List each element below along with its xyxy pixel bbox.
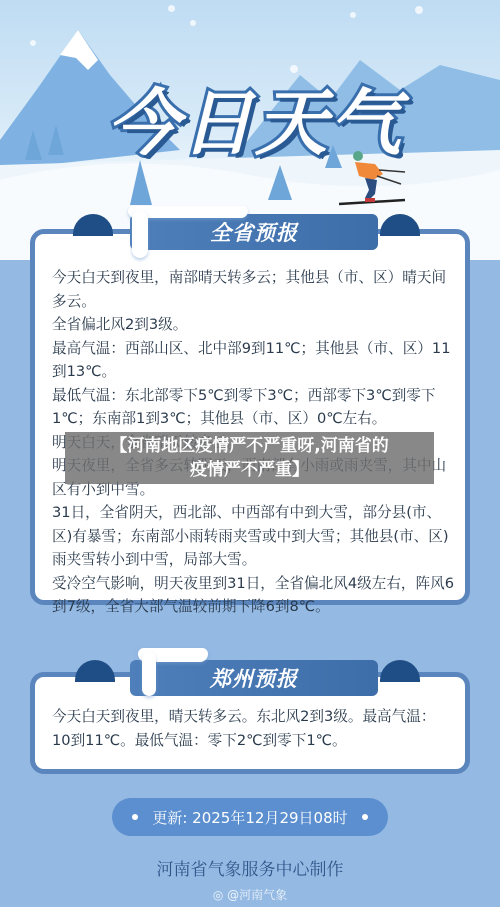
province-card-heading: 全省预报 [130,214,378,250]
update-time-pill: 更新: 2025年12月29日08时 [112,798,388,836]
caption-line: 疫情严不严重】 [190,458,309,482]
caption-overlay: 【河南地区疫情严不严重呀,河南省的 疫情严不严重】 [65,432,434,484]
snowflake-icon [350,12,356,18]
icicle-decoration [132,210,148,258]
forecast-paragraph: 最低气温：东北部零下5℃到零下3℃；西部零下3℃到零下1℃；东南部1到3℃；其他… [52,384,460,431]
forecast-paragraph: 受冷空气影响，明天夜里到31日，全省偏北风4级左右，阵风6到7级，全省大部气温较… [52,572,460,619]
update-time-label: 更新: 2025年12月29日08时 [152,807,347,828]
forecast-paragraph: 今天白天到夜里，南部晴天转多云；其他县（市、区）晴天间多云。 [52,266,460,313]
snowflake-icon [30,40,36,46]
caption-line: 【河南地区疫情严不严重呀,河南省的 [110,434,388,458]
weibo-handle: @河南气象 [227,888,287,902]
zhengzhou-card-heading: 郑州预报 [130,660,378,696]
snowflake-icon [190,20,196,26]
icicle-decoration [142,652,156,696]
zhengzhou-forecast-text: 今天白天到夜里，晴天转多云。东北风2到3级。最高气温：10到11℃。最低气温：零… [52,705,452,752]
producer-credit: 河南省气象服务中心制作 [0,855,500,880]
forecast-paragraph: 今天白天到夜里，晴天转多云。东北风2到3级。最高气温：10到11℃。最低气温：零… [52,705,452,752]
forecast-paragraph: 最高气温：西部山区、北中部9到11℃；其他县（市、区）11到13℃。 [52,337,460,384]
page-title: 今日天气 [95,72,415,162]
dot-icon [132,814,138,820]
skier-illustration [335,150,410,210]
weibo-watermark: ◎ @河南气象 [0,886,500,903]
weibo-icon: ◎ [213,888,223,902]
forecast-paragraph: 全省偏北风2到3级。 [52,313,460,337]
forecast-paragraph: 31日，全省阴天，西北部、中西部有中到大雪，部分县(市、区)有暴雪；东南部小雨转… [52,501,460,572]
dot-icon [362,814,368,820]
snowflake-icon [168,5,175,12]
snowflake-icon [415,6,423,14]
